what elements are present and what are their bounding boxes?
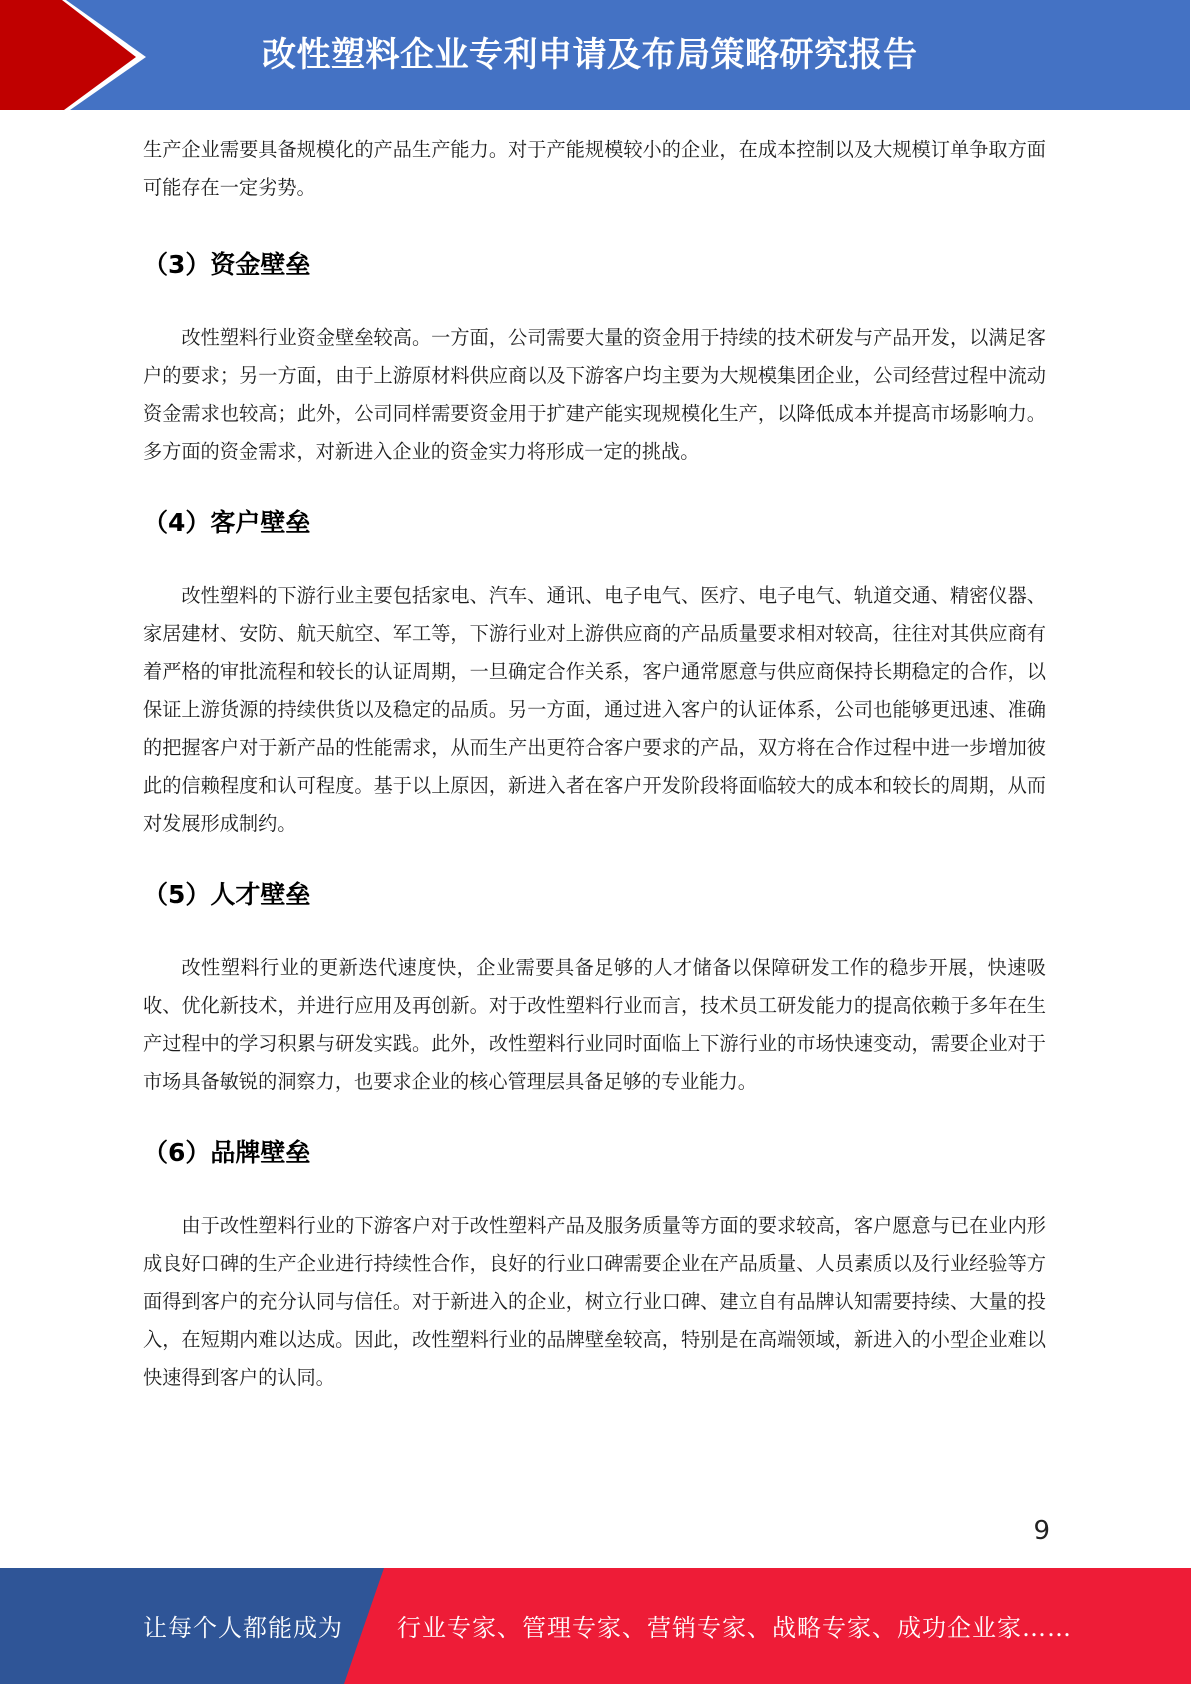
- page-header: 改性塑料企业专利申请及布局策略研究报告: [0, 0, 1191, 110]
- intro-paragraph: 生产企业需要具备规模化的产品生产能力。对于产能规模较小的企业，在成本控制以及大规…: [143, 131, 1046, 207]
- section-heading-customer-barrier: （4）客户壁垒: [143, 503, 1046, 543]
- section-paragraph-customer-barrier: 改性塑料的下游行业主要包括家电、汽车、通讯、电子电气、医疗、电子电气、轨道交通、…: [143, 577, 1046, 843]
- section-heading-brand-barrier: （6）品牌壁垒: [143, 1133, 1046, 1173]
- section-heading-talent-barrier: （5）人才壁垒: [143, 875, 1046, 915]
- section-paragraph-brand-barrier: 由于改性塑料行业的下游客户对于改性塑料产品及服务质量等方面的要求较高，客户愿意与…: [143, 1207, 1046, 1397]
- footer-slogan-right: 行业专家、管理专家、营销专家、战略专家、成功企业家……: [397, 1608, 1072, 1643]
- document-title: 改性塑料企业专利申请及布局策略研究报告: [262, 28, 918, 82]
- page-footer: 让每个人都能成为 行业专家、管理专家、营销专家、战略专家、成功企业家……: [0, 1568, 1191, 1684]
- footer-slogan-left: 让每个人都能成为: [143, 1608, 343, 1643]
- document-body: 生产企业需要具备规模化的产品生产能力。对于产能规模较小的企业，在成本控制以及大规…: [143, 130, 1046, 1397]
- section-paragraph-capital-barrier: 改性塑料行业资金壁垒较高。一方面，公司需要大量的资金用于持续的技术研发与产品开发…: [143, 319, 1046, 471]
- page-number: 9: [1020, 1516, 1050, 1546]
- section-heading-capital-barrier: （3）资金壁垒: [143, 245, 1046, 285]
- section-paragraph-talent-barrier: 改性塑料行业的更新迭代速度快，企业需要具备足够的人才储备以保障研发工作的稳步开展…: [143, 949, 1046, 1101]
